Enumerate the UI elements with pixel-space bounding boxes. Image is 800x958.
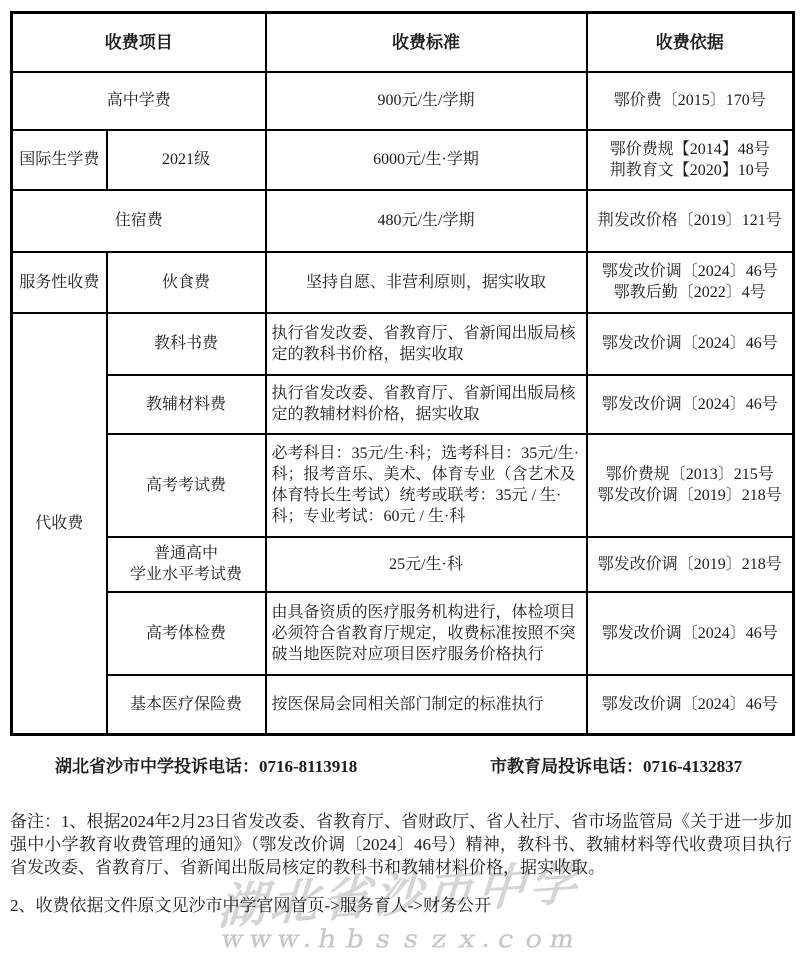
- header-cell-standard: 收费标准: [266, 13, 587, 72]
- table-row: 教辅材料费 执行省发改委、省教育厅、省新闻出版局核定的教辅材料价格，据实收取 鄂…: [12, 375, 794, 434]
- fee-basis-cell: 鄂发改价调〔2024〕46号: [587, 675, 794, 735]
- note-line-1: 备注：1、根据2024年2月23日省发改委、省教育厅、省财政厅、省人社厅、省市场…: [10, 810, 792, 879]
- fee-basis-cell: 鄂价费规【2014】48号 荆教育文【2020】10号: [587, 130, 794, 190]
- fee-basis-cell: 鄂发改价调〔2024〕46号 鄂教后勤〔2022〕4号: [587, 252, 794, 313]
- fee-standard-cell: 由具备资质的医疗服务机构进行，体检项目必须符合省教育厅规定，收费标准按照不突破当…: [266, 592, 587, 675]
- table-row: 高考体检费 由具备资质的医疗服务机构进行，体检项目必须符合省教育厅规定，收费标准…: [12, 592, 794, 675]
- table-header-row: 收费项目 收费标准 收费依据: [12, 13, 794, 72]
- fee-standard-cell: 必考科目：35元/生·科；选考科目：35元/生·科；报考音乐、美术、体育专业（含…: [266, 434, 587, 537]
- fee-item-cell: 高考考试费: [107, 434, 266, 537]
- fee-basis-cell: 鄂发改价调〔2024〕46号: [587, 375, 794, 434]
- table-row: 高考考试费 必考科目：35元/生·科；选考科目：35元/生·科；报考音乐、美术、…: [12, 434, 794, 537]
- fee-standard-cell: 执行省发改委、省教育厅、省新闻出版局核定的教辅材料价格，据实收取: [266, 375, 587, 434]
- fee-table: 收费项目 收费标准 收费依据 高中学费 900元/生/学期 鄂价费〔2015〕1…: [10, 11, 795, 736]
- table-row: 服务性收费 伙食费 坚持自愿、非营利原则，据实收取 鄂发改价调〔2024〕46号…: [12, 252, 794, 313]
- bureau-complaint-phone: 市教育局投诉电话：0716-4132837: [490, 752, 742, 777]
- fee-standard-cell: 执行省发改委、省教育厅、省新闻出版局核定的教科书价格，据实收取: [266, 313, 587, 375]
- table-row: 基本医疗保险费 按医保局会同相关部门制定的标准执行 鄂发改价调〔2024〕46号: [12, 675, 794, 735]
- fee-item-cell: 2021级: [107, 130, 266, 190]
- table-row: 代收费 教科书费 执行省发改委、省教育厅、省新闻出版局核定的教科书价格，据实收取…: [12, 313, 794, 375]
- fee-item-cell: 基本医疗保险费: [107, 675, 266, 735]
- fee-basis-cell: 鄂价费规〔2013〕215号 鄂发改价调〔2019〕218号: [587, 434, 794, 537]
- fee-basis-cell: 荆发改价格〔2019〕121号: [587, 190, 794, 252]
- fee-basis-cell: 鄂发改价调〔2019〕218号: [587, 537, 794, 592]
- fee-standard-cell: 6000元/生·学期: [266, 130, 587, 190]
- fee-item-cell: 教辅材料费: [107, 375, 266, 434]
- table-row: 住宿费 480元/生/学期 荆发改价格〔2019〕121号: [12, 190, 794, 252]
- fee-item-cell: 教科书费: [107, 313, 266, 375]
- table-row: 高中学费 900元/生/学期 鄂价费〔2015〕170号: [12, 72, 794, 130]
- fee-item-cell: 普通高中 学业水平考试费: [107, 537, 266, 592]
- fee-item-cell: 高中学费: [12, 72, 266, 130]
- fee-standard-cell: 按医保局会同相关部门制定的标准执行: [266, 675, 587, 735]
- watermark-website-url: ｗｗｗ.ｈｂｓｓｚｘ.ｃｏｍ: [218, 921, 581, 954]
- fee-standard-cell: 900元/生/学期: [266, 72, 587, 130]
- fee-standard-cell: 坚持自愿、非营利原则，据实收取: [266, 252, 587, 313]
- fee-standard-cell: 480元/生/学期: [266, 190, 587, 252]
- fee-disclosure-document: 湖北省沙市中学 ｗｗｗ.ｈｂｓｓｚｘ.ｃｏｍ 收费项目 收费标准 收费依据 高中…: [0, 0, 800, 958]
- table-row: 普通高中 学业水平考试费 25元/生·科 鄂发改价调〔2019〕218号: [12, 537, 794, 592]
- school-complaint-phone: 湖北省沙市中学投诉电话：0716-8113918: [55, 752, 357, 777]
- header-cell-item: 收费项目: [12, 13, 266, 72]
- fee-basis-cell: 鄂发改价调〔2024〕46号: [587, 592, 794, 675]
- fee-basis-cell: 鄂发改价调〔2024〕46号: [587, 313, 794, 375]
- table-row: 国际生学费 2021级 6000元/生·学期 鄂价费规【2014】48号 荆教育…: [12, 130, 794, 190]
- fee-basis-cell: 鄂价费〔2015〕170号: [587, 72, 794, 130]
- fee-group-cell: 代收费: [12, 313, 107, 735]
- fee-standard-cell: 25元/生·科: [266, 537, 587, 592]
- header-cell-basis: 收费依据: [587, 13, 794, 72]
- fee-item-cell: 伙食费: [107, 252, 266, 313]
- fee-group-cell: 服务性收费: [12, 252, 107, 313]
- fee-item-cell: 高考体检费: [107, 592, 266, 675]
- fee-item-cell: 住宿费: [12, 190, 266, 252]
- fee-group-cell: 国际生学费: [12, 130, 107, 190]
- note-line-2: 2、收费依据文件原文见沙市中学官网首页->服务育人->财务公开: [10, 894, 792, 917]
